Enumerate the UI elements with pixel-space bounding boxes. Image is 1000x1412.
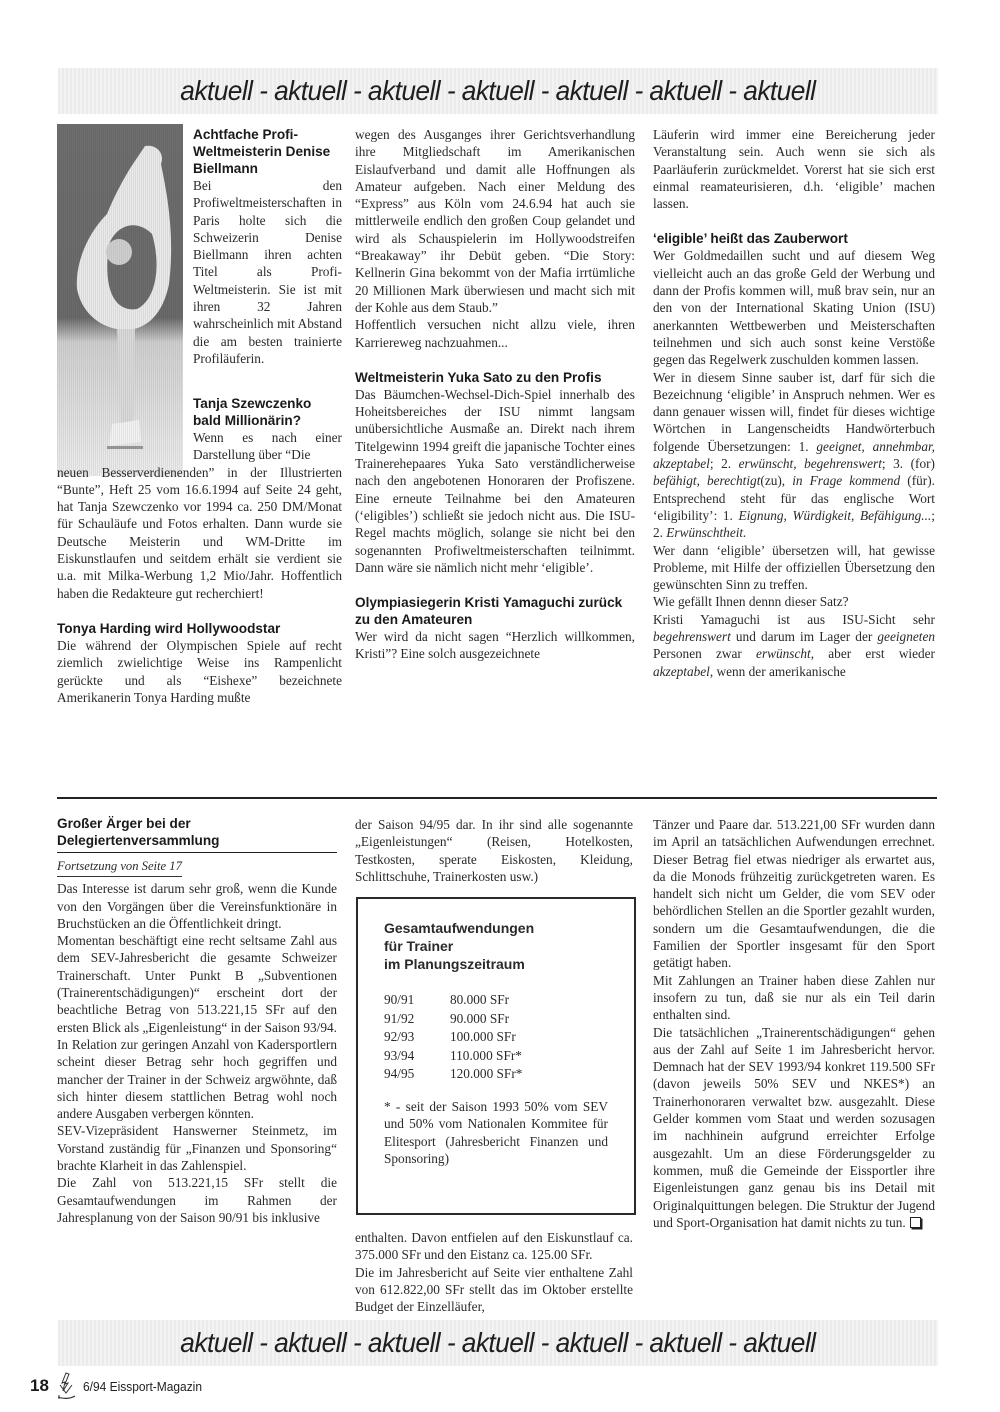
eligible-p3: Wer dann ‘eligible’ übersetzen will, hat… bbox=[653, 542, 935, 594]
box-footnote: * - seit der Saison 1993 50% vom SEV und… bbox=[384, 1098, 608, 1168]
table-row: 90/9180.000 SFr bbox=[384, 991, 522, 1010]
article-body-harding: Die während der Olympischen Spiele auf r… bbox=[57, 637, 342, 706]
page-footer: 18 6/94 Eissport-Magazin bbox=[30, 1371, 212, 1401]
column-3-upper: Läuferin wird immer eine Bereicherung je… bbox=[653, 126, 935, 680]
article-body-harding-cont: wegen des Ausganges ihrer Gerichtsverhan… bbox=[355, 126, 635, 316]
eligible-p1: Wer Goldmedaillen sucht und auf diesem W… bbox=[653, 247, 935, 368]
article-biellmann: Achtfache Profi-Weltmeisterin Denise Bie… bbox=[193, 126, 342, 367]
eligible-p5: Kristi Yamaguchi ist aus ISU-Sicht sehr … bbox=[653, 611, 935, 680]
bottom-banner: aktuell - aktuell - aktuell - aktuell - … bbox=[58, 1320, 938, 1366]
article-body: Bei den Profiweltmeisterschaften in Pari… bbox=[193, 177, 342, 367]
table-row: 92/93100.000 SFr bbox=[384, 1028, 522, 1047]
aerger-p3: SEV-Vizepräsident Hanswerner Steinmetz, … bbox=[57, 1122, 337, 1174]
eligible-p4: Wie gefällt Ihnen dennn dieser Satz? bbox=[653, 593, 935, 610]
article-heading-yamaguchi: Olympiasiegerin Kristi Yamaguchi zurück … bbox=[355, 594, 635, 628]
top-banner: aktuell - aktuell - aktuell - aktuell - … bbox=[58, 68, 938, 114]
page-number: 18 bbox=[30, 1376, 49, 1396]
article-body-intro: Wenn es nach einer Darstellung über “Die bbox=[193, 429, 342, 464]
trainer-expenses-box: Gesamtaufwendungen für Trainer im Planun… bbox=[356, 897, 636, 1215]
article-body-yamaguchi: Wer wird da nicht sagen “Herzlich willko… bbox=[355, 628, 635, 663]
aerger-p6: enthalten. Davon entfielen auf den Eisku… bbox=[355, 1229, 633, 1264]
article-body-harding-end: Hoffentlich versuchen nicht allzu viele,… bbox=[355, 316, 635, 351]
article-aerger: Großer Ärger bei der Delegiertenversamml… bbox=[57, 815, 337, 1226]
table-row: 94/95120.000 SFr* bbox=[384, 1065, 522, 1084]
aerger-p2: Momentan beschäftigt eine recht seltsame… bbox=[57, 932, 337, 1122]
article-heading-aerger: Großer Ärger bei der Delegiertenversamml… bbox=[57, 815, 337, 853]
aerger-p1: Das Interesse ist darum sehr groß, wenn … bbox=[57, 880, 337, 932]
continuation-note: Fortsetzung von Seite 17 bbox=[57, 858, 182, 877]
expenses-table: 90/9180.000 SFr 91/9290.000 SFr 92/93100… bbox=[384, 991, 522, 1084]
article-heading-harding: Tonya Harding wird Hollywoodstar bbox=[57, 620, 342, 637]
aerger-p4: Die Zahl von 513.221,15 SFr stellt die G… bbox=[57, 1174, 337, 1226]
aerger-p10: Die tatsächlichen „Trainerentschädigunge… bbox=[653, 1024, 935, 1232]
article-heading: Tanja Szewczenko bald Millionärin? bbox=[193, 395, 342, 429]
publication-name: 6/94 Eissport-Magazin bbox=[83, 1379, 202, 1394]
aerger-col2-top: der Saison 94/95 dar. In ihr sind alle s… bbox=[355, 816, 633, 885]
end-of-article-icon bbox=[910, 1217, 921, 1228]
column-2-upper: wegen des Ausganges ihrer Gerichtsverhan… bbox=[355, 126, 635, 663]
article-heading-eligible: ‘eligible’ heißt das Zauberwort bbox=[653, 230, 935, 247]
table-row: 91/9290.000 SFr bbox=[384, 1010, 522, 1029]
article-heading: Achtfache Profi-Weltmeisterin Denise Bie… bbox=[193, 126, 342, 177]
aerger-col2-bottom: enthalten. Davon entfielen auf den Eisku… bbox=[355, 1229, 633, 1315]
aerger-col3: Tänzer und Paare dar. 513.221,00 SFr wur… bbox=[653, 816, 935, 1231]
aerger-p9: Mit Zahlungen an Trainer haben diese Zah… bbox=[653, 972, 935, 1024]
eligible-p2: Wer in diesem Sinne sauber ist, darf für… bbox=[653, 369, 935, 542]
article-body-yamaguchi-cont: Läuferin wird immer eine Bereicherung je… bbox=[653, 126, 935, 212]
top-banner-text: aktuell - aktuell - aktuell - aktuell - … bbox=[180, 75, 815, 107]
section-divider bbox=[57, 797, 937, 799]
box-title: Gesamtaufwendungen für Trainer im Planun… bbox=[384, 919, 618, 973]
aerger-p8: Tänzer und Paare dar. 513.221,00 SFr wur… bbox=[653, 816, 935, 972]
article-heading-sato: Weltmeisterin Yuka Sato zu den Profis bbox=[355, 369, 635, 386]
bottom-banner-text: aktuell - aktuell - aktuell - aktuell - … bbox=[180, 1327, 815, 1359]
aerger-p5: der Saison 94/95 dar. In ihr sind alle s… bbox=[355, 816, 633, 885]
aerger-p7: Die im Jahresbericht auf Seite vier enth… bbox=[355, 1264, 633, 1316]
skater-logo-icon bbox=[55, 1371, 77, 1401]
article-body: neuen Besserverdienenden” in der Illustr… bbox=[57, 464, 342, 602]
article-szewczenko: Tanja Szewczenko bald Millionärin? Wenn … bbox=[57, 384, 342, 706]
article-body-sato: Das Bäumchen-Wechsel-Dich-Spiel innerhal… bbox=[355, 386, 635, 576]
table-row: 93/94110.000 SFr* bbox=[384, 1047, 522, 1066]
